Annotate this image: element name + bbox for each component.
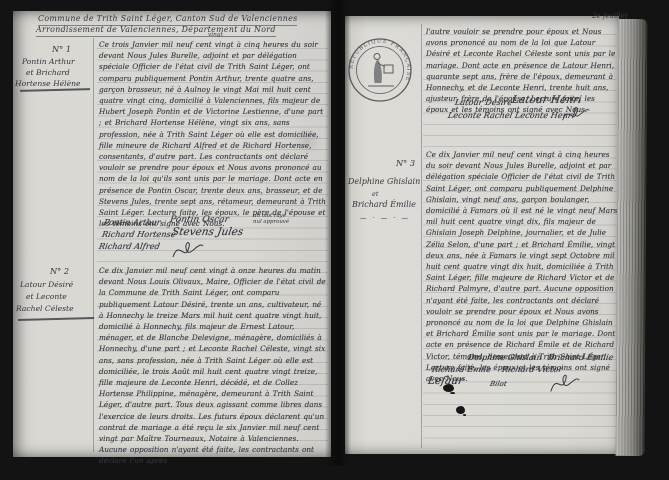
register-header-line2: Arrondissement de Valenciennes, Départem… [36, 24, 276, 37]
entry2-body-text: Ce dix Janvier mil neuf cent vingt à onz… [99, 265, 327, 467]
entry3-signature: Brichard Émilie [547, 352, 614, 362]
ink-blot [443, 384, 454, 392]
annotation-line: nul approuvé [253, 219, 289, 225]
republique-francaise-seal-icon: RÉPUBLIQUE FRANÇAISE [347, 37, 413, 103]
folio-label: 2e feuillet [592, 12, 628, 20]
left-margin-rule [93, 38, 94, 452]
ink-blot [456, 406, 465, 414]
entry3-signature: Richard Émile [431, 364, 492, 374]
signature-flourish-icon [560, 100, 592, 128]
signature-flourish-icon [170, 237, 206, 263]
entry1-number: N° 1 [52, 44, 71, 54]
entry1-margin-name: et Brichard [26, 67, 70, 78]
seal-figure [368, 54, 394, 87]
entry1-margin-name: Pontin Arthur [22, 56, 75, 67]
entry3-margin-dashes: — · — · — [360, 214, 410, 222]
entry3-body-text: Ce dix Janvier mil neuf cent vingt à cin… [426, 149, 618, 384]
entry1-interline-correction: vingt [208, 32, 223, 38]
register-scan: Commune de Trith Saint Léger, Canton Sud… [0, 0, 669, 480]
entry2-margin-name: Rachel Céleste [16, 303, 74, 314]
entry3-signature: Delphine Ghislain [467, 352, 543, 362]
entry2-margin-name: Latour Désiré [20, 279, 73, 290]
entry3-margin-name: Delphine Ghislain [348, 176, 420, 187]
entry1-signature: Pontin Oscar [169, 215, 230, 225]
entry3-number: N° 3 [396, 158, 415, 168]
signature-flourish-icon [548, 368, 582, 398]
entry3-margin-name: Brichard Émilie [352, 199, 416, 210]
entry1-signature: Pontin Arthur [103, 217, 162, 227]
entry2-number: N° 2 [50, 266, 69, 276]
entry1-margin-name: Hortense Hélène [15, 78, 81, 89]
entry1-margin-annotation: un mot rayé nul approuvé [253, 213, 289, 226]
right-margin-rule [421, 24, 422, 448]
entry2-margin-name: et Leconte [26, 291, 67, 302]
entry2-signature: Leconte Rachel [447, 110, 513, 120]
header-line2-text: Arrondissement de Valenciennes, Départem… [36, 24, 276, 37]
entry2-signature: Latour Désiré [454, 97, 513, 107]
entry1-body-text: Ce trois Janvier mil neuf cent vingt à c… [99, 39, 327, 229]
entry3-signature-note: Bilot [489, 380, 507, 388]
page-stack-edge [615, 19, 647, 456]
entry1-signature: Richard Alfred [98, 241, 161, 251]
entry1-signature: Richard Hortense [101, 229, 176, 239]
